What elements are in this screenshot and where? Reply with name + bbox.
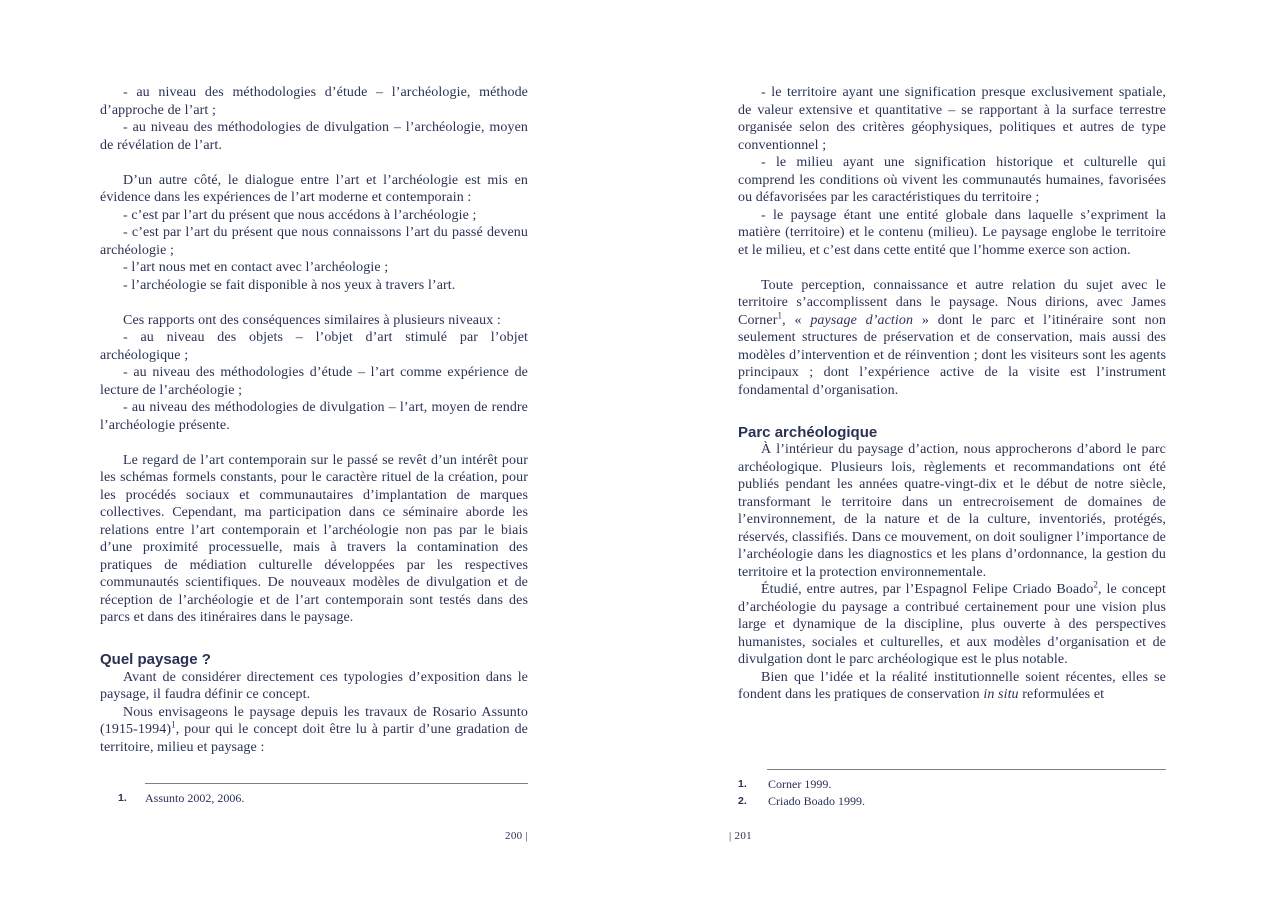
footnote: 2.Criado Boado 1999. xyxy=(738,793,1166,810)
list-item: - le milieu ayant une signification hist… xyxy=(738,154,1166,207)
text-run: reformulées et xyxy=(1019,687,1104,702)
list-item: - au niveau des méthodologies d’étude – … xyxy=(100,364,528,399)
list-item: - au niveau des méthodologies d’étude – … xyxy=(100,84,528,119)
page-right: - le territoire ayant une signification … xyxy=(738,0,1166,904)
page-left-body: - au niveau des méthodologies d’étude – … xyxy=(100,84,528,756)
text-run: , « xyxy=(782,313,810,328)
paragraph: D’un autre côté, le dialogue entre l’art… xyxy=(100,172,528,207)
paragraph: Nous envisageons le paysage depuis les t… xyxy=(100,704,528,757)
footnote-separator xyxy=(767,769,1166,770)
page-right-footnote-area: 1.Corner 1999.2.Criado Boado 1999. xyxy=(738,769,1166,809)
paragraph-gap xyxy=(738,399,1166,417)
list-item: - c’est par l’art du présent que nous co… xyxy=(100,224,528,259)
footnote-number: 1. xyxy=(118,790,145,807)
page-left-footnote-area: 1.Assunto 2002, 2006. xyxy=(100,783,528,807)
list-item: - l’archéologie se fait disponible à nos… xyxy=(100,277,528,295)
paragraph-gap xyxy=(100,434,528,452)
paragraph: Le regard de l’art contemporain sur le p… xyxy=(100,452,528,627)
list-item: - au niveau des objets – l’objet d’art s… xyxy=(100,329,528,364)
footnote-text: Assunto 2002, 2006. xyxy=(145,790,528,807)
page-number-right: | 201 xyxy=(729,830,752,842)
paragraph: Bien que l’idée et la réalité institutio… xyxy=(738,669,1166,704)
paragraph: Étudié, entre autres, par l’Espagnol Fel… xyxy=(738,581,1166,669)
list-item: - le territoire ayant une signification … xyxy=(738,84,1166,154)
paragraph: Avant de considérer directement ces typo… xyxy=(100,669,528,704)
footnote-text: Corner 1999. xyxy=(768,776,1166,793)
paragraph-gap xyxy=(100,294,528,312)
page-left: - au niveau des méthodologies d’étude – … xyxy=(100,0,528,904)
page-number-left: 200 | xyxy=(505,830,528,842)
section-heading: Quel paysage ? xyxy=(100,651,528,669)
list-item: - le paysage étant une entité globale da… xyxy=(738,207,1166,260)
paragraph-gap xyxy=(100,154,528,172)
text-run: Étudié, entre autres, par l’Espagnol Fel… xyxy=(761,582,1093,597)
paragraph-gap xyxy=(100,627,528,645)
list-item: - au niveau des méthodologies de divulga… xyxy=(100,399,528,434)
paragraph-gap xyxy=(738,259,1166,277)
section-heading: Parc archéologique xyxy=(738,424,1166,442)
footnote: 1.Corner 1999. xyxy=(738,776,1166,793)
footnote-separator xyxy=(145,783,528,784)
footnote-list: 1.Corner 1999.2.Criado Boado 1999. xyxy=(738,776,1166,809)
footnote-number: 1. xyxy=(738,776,768,793)
paragraph: Ces rapports ont des conséquences simila… xyxy=(100,312,528,330)
page-right-body: - le territoire ayant une signification … xyxy=(738,84,1166,704)
paragraph: À l’intérieur du paysage d’action, nous … xyxy=(738,441,1166,581)
list-item: - c’est par l’art du présent que nous ac… xyxy=(100,207,528,225)
footnote-text: Criado Boado 1999. xyxy=(768,793,1166,810)
footnote-number: 2. xyxy=(738,793,768,810)
list-item: - au niveau des méthodologies de divulga… xyxy=(100,119,528,154)
italic-text: in situ xyxy=(983,687,1018,702)
italic-text: paysage d’action xyxy=(810,313,913,328)
footnote-list: 1.Assunto 2002, 2006. xyxy=(100,790,528,807)
book-spread: - au niveau des méthodologies d’étude – … xyxy=(0,0,1272,904)
footnote: 1.Assunto 2002, 2006. xyxy=(100,790,528,807)
paragraph: Toute perception, connaissance et autre … xyxy=(738,277,1166,400)
list-item: - l’art nous met en contact avec l’arché… xyxy=(100,259,528,277)
